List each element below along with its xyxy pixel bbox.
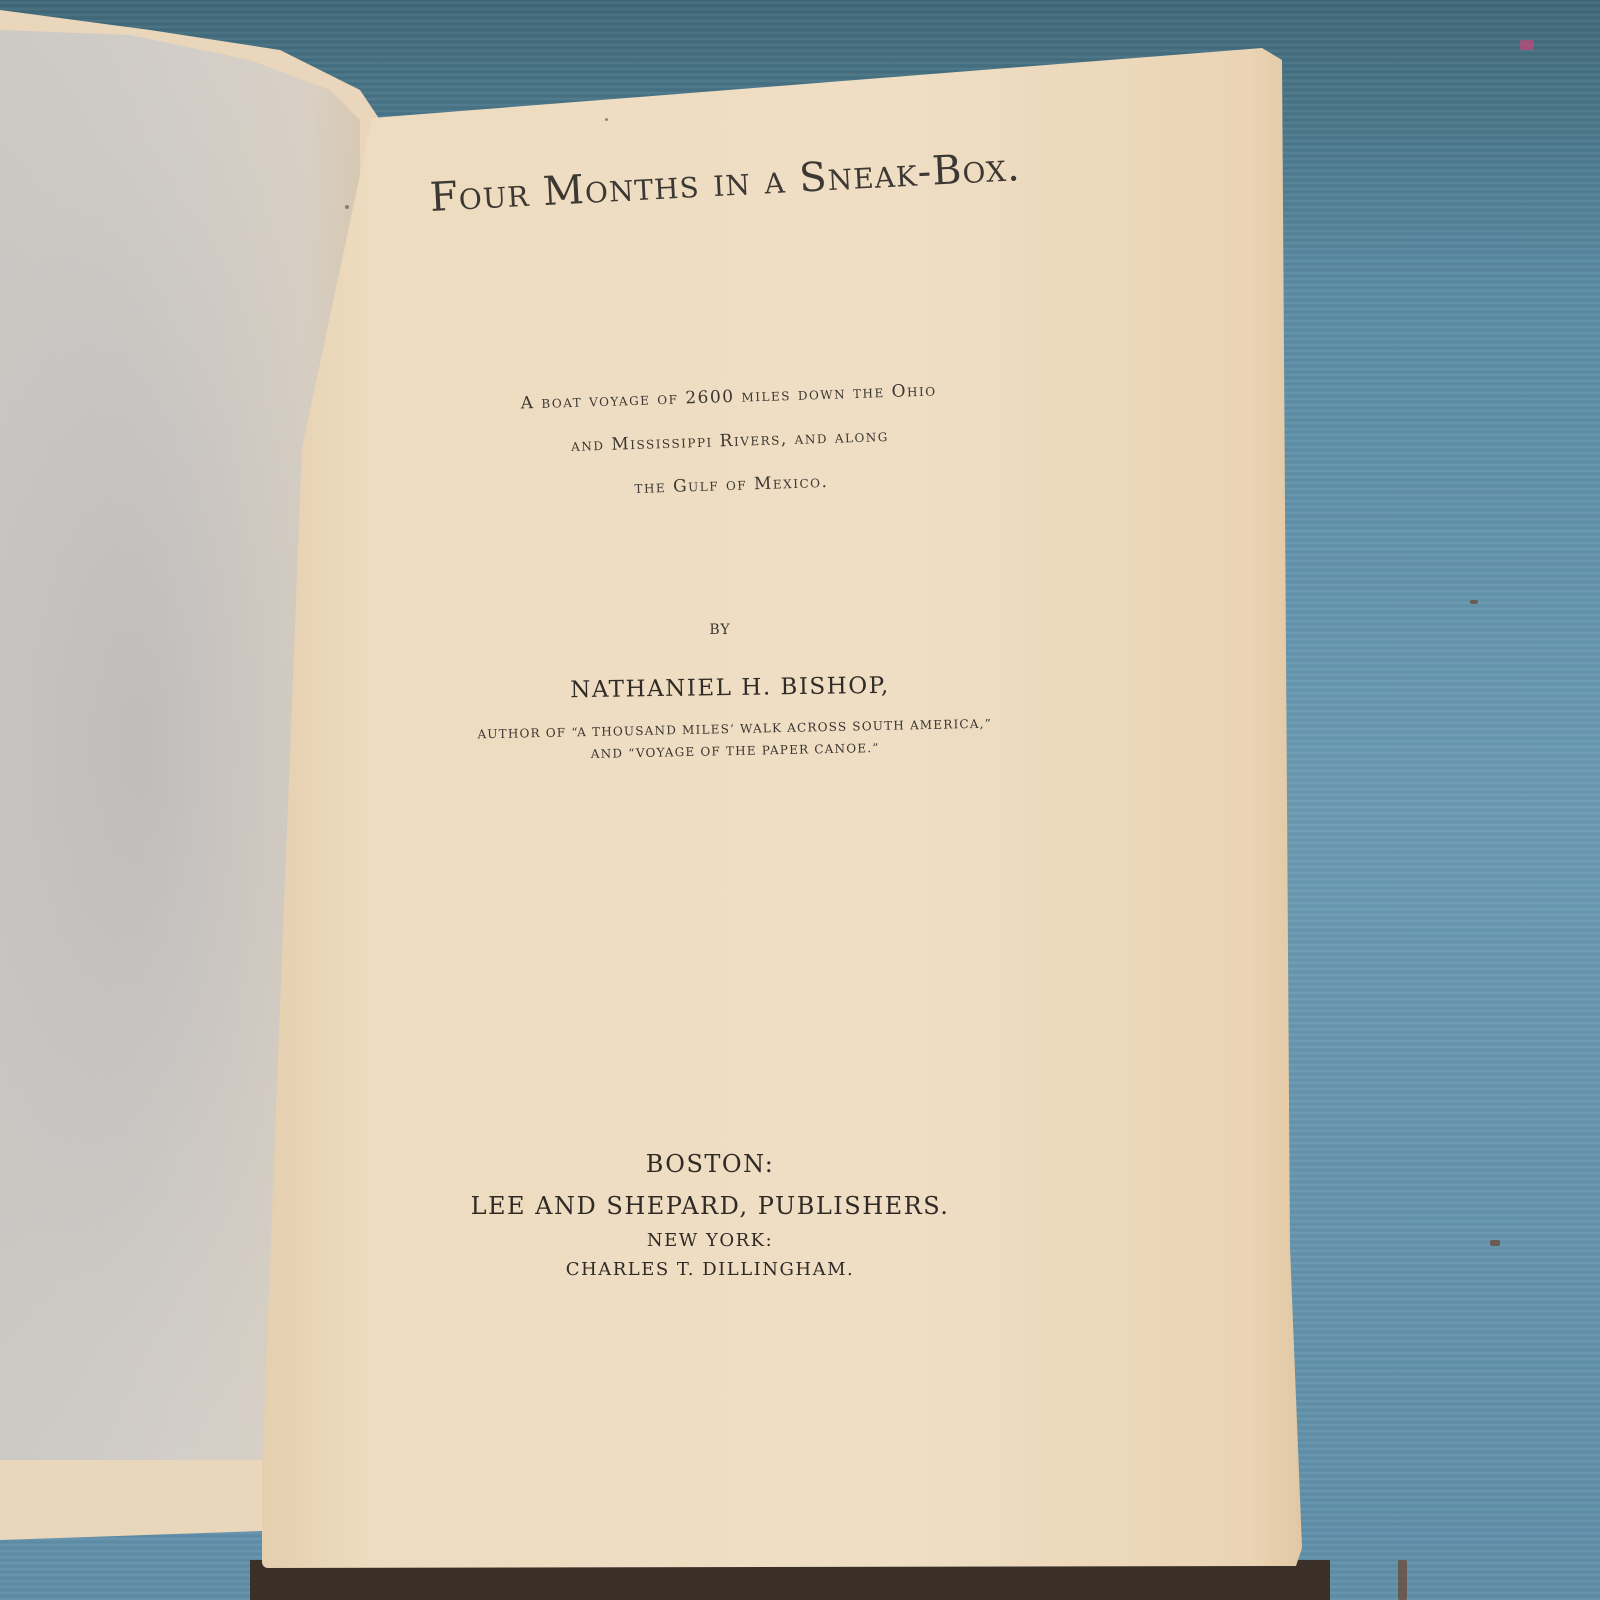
- paint-fleck: [1398, 1560, 1407, 1600]
- imprint-publisher: LEE AND SHEPARD, PUBLISHERS.: [420, 1192, 1000, 1220]
- title-page-paper: [262, 48, 1336, 1568]
- imprint-city-new-york: NEW YORK:: [420, 1230, 1000, 1251]
- imprint-distributor: CHARLES T. DILLINGHAM.: [420, 1259, 1000, 1280]
- book-subtitle: A boat voyage of 2600 miles down the Ohi…: [428, 366, 1032, 517]
- by-line: BY: [620, 622, 820, 638]
- publisher-imprint: BOSTON: LEE AND SHEPARD, PUBLISHERS. NEW…: [420, 1150, 1000, 1280]
- paper-speck: [345, 205, 349, 209]
- paper-speck: [605, 118, 608, 121]
- paint-fleck: [1470, 600, 1478, 604]
- paint-fleck: [1520, 40, 1534, 50]
- paint-fleck: [1490, 1240, 1500, 1246]
- imprint-city-boston: BOSTON:: [420, 1150, 1000, 1178]
